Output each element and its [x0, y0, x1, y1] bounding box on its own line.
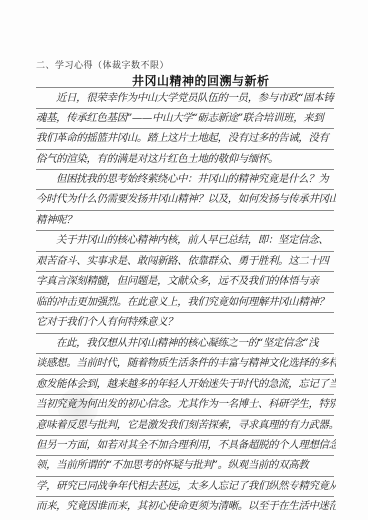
essay-line: 但另一方面，如若对其全不加合理利用，不具备超脱的个人理想信念带: [36, 435, 336, 455]
handwritten-essay-page: 二、学习心得（体裁字数不限） 井冈山精神的回溯与新析 近日，很荣幸作为中山大学党…: [0, 0, 368, 520]
essay-line: 近日，很荣幸作为中山大学党员队伍的一员，参与市政“固本铸: [36, 88, 336, 108]
paper-smudge: [58, 388, 98, 428]
essay-line: 俗气的渲染，有的满是对这片红色土地的敬仰与缅怀。: [36, 149, 336, 169]
essay-line: 精神呢？: [36, 210, 336, 230]
essay-line: 领，当前所谓的“不加思考的怀疑与批判”。纵观当前的双高教: [36, 455, 336, 475]
essay-line: 但困扰我的思考始终萦绕心中：井冈山的精神究竟是什么？为: [36, 169, 336, 189]
essay-line: 今时代为什么仍需要发扬井冈山精神？以及，如何发扬与传承井冈山: [36, 189, 336, 209]
essay-line: 而来，究竟因谁而来，其初心使命更须为清晰。以至于在生活中迷茫: [36, 496, 336, 516]
essay-line: 字真言深刻精髓，但问题是，文献众多，远不及我们的体悟与亲: [36, 271, 336, 291]
essay-line: 在此，我仅想从井冈山精神的核心凝练之一的“坚定信念”浅: [36, 333, 336, 353]
essay-line: 学，研究已同战争年代相去甚远，太多人忘记了我们纵然专精究竟从何: [36, 476, 336, 496]
essay-line: 临的冲击更加强烈。在此意义上，我们究竟如何理解井冈山精神？: [36, 292, 336, 312]
essay-line: 关于井冈山的核心精神内核，前人早已总结，即：坚定信念、: [36, 230, 336, 250]
essay-line: 魂基，传承红色基因”——中山大学“砺志新途”联合培训班，来到: [36, 108, 336, 128]
essay-line: 艰苦奋斗、实事求是、敢闯新路、依靠群众、勇于胜利。这二十四: [36, 251, 336, 271]
essay-line: 谈感想。当前时代，随着物质生活条件的丰富与精神文化选择的多样: [36, 353, 336, 373]
essay-line: 它对于我们个人有何特殊意义？: [36, 312, 336, 332]
essay-line: 我们革命的摇篮井冈山。踏上这片土地起，没有过多的告诫，没有: [36, 128, 336, 148]
section-heading: 二、学习心得（体裁字数不限）: [36, 58, 169, 71]
